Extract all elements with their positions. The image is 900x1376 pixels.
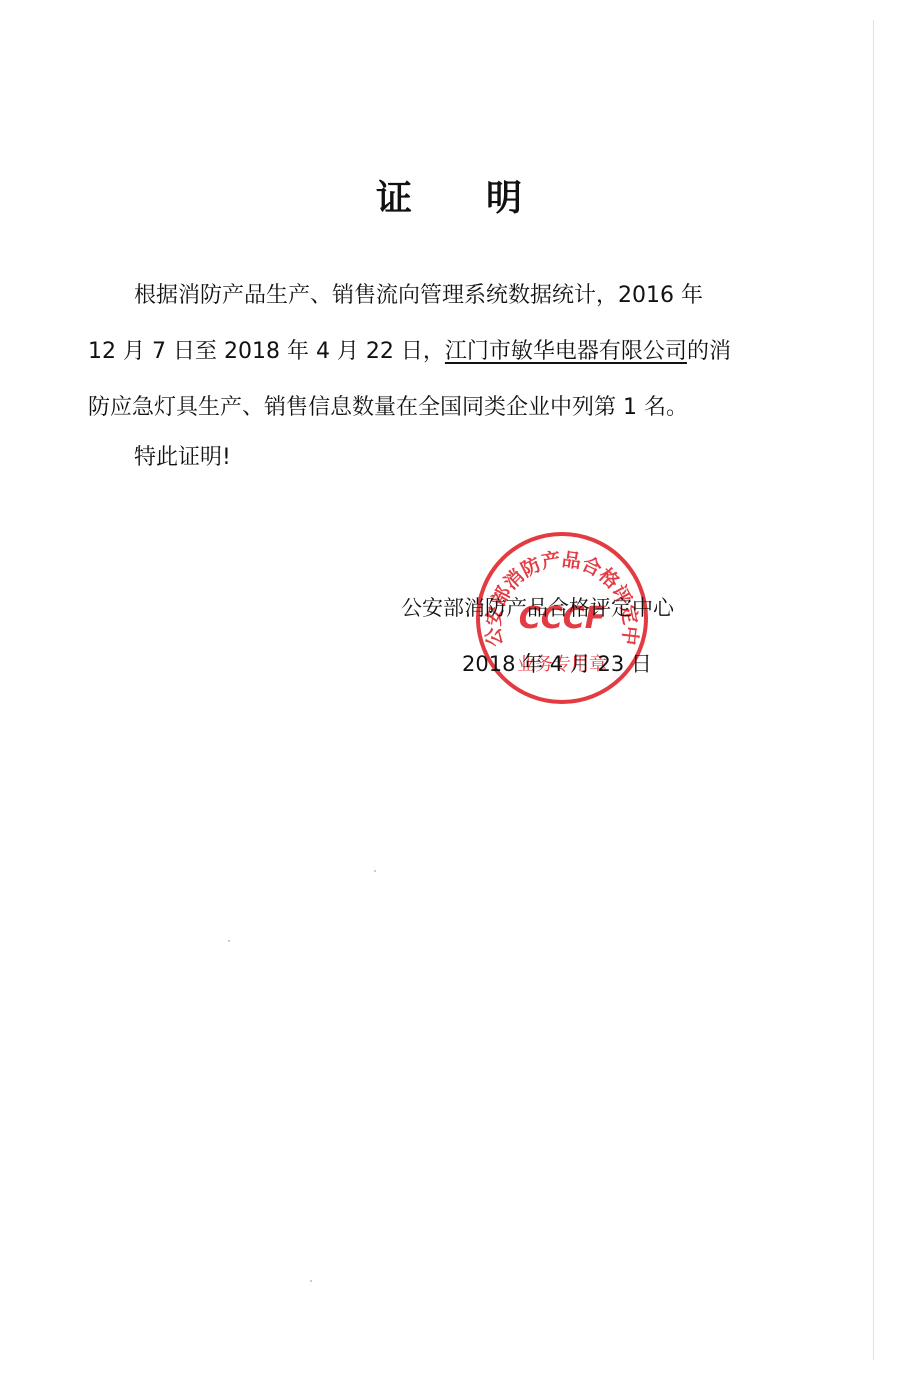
signature-date: 2018 年 4 月 23 日 [462, 648, 652, 678]
document-title: 证明 [0, 170, 900, 221]
scan-speck [374, 870, 376, 872]
body-line-1: 根据消防产品生产、销售流向管理系统数据统计，2016 年 [88, 268, 788, 324]
signer-organization: 公安部消防产品合格评定中心 [401, 592, 674, 622]
title-char-1: 证 [376, 177, 414, 219]
body-paragraph: 根据消防产品生产、销售流向管理系统数据统计，2016 年 12 月 7 日至 2… [88, 268, 788, 436]
body-line-3: 防应急灯具生产、销售信息数量在全国同类企业中列第 1 名。 [88, 380, 788, 436]
title-char-2: 明 [486, 177, 524, 219]
scan-edge-line [873, 20, 874, 1360]
body-line-2: 12 月 7 日至 2018 年 4 月 22 日，江门市敏华电器有限公司的消 [88, 324, 788, 380]
scan-speck [228, 940, 230, 942]
closing-statement: 特此证明! [134, 440, 231, 471]
company-name: 江门市敏华电器有限公司 [445, 339, 687, 364]
scan-speck [310, 1280, 312, 1282]
